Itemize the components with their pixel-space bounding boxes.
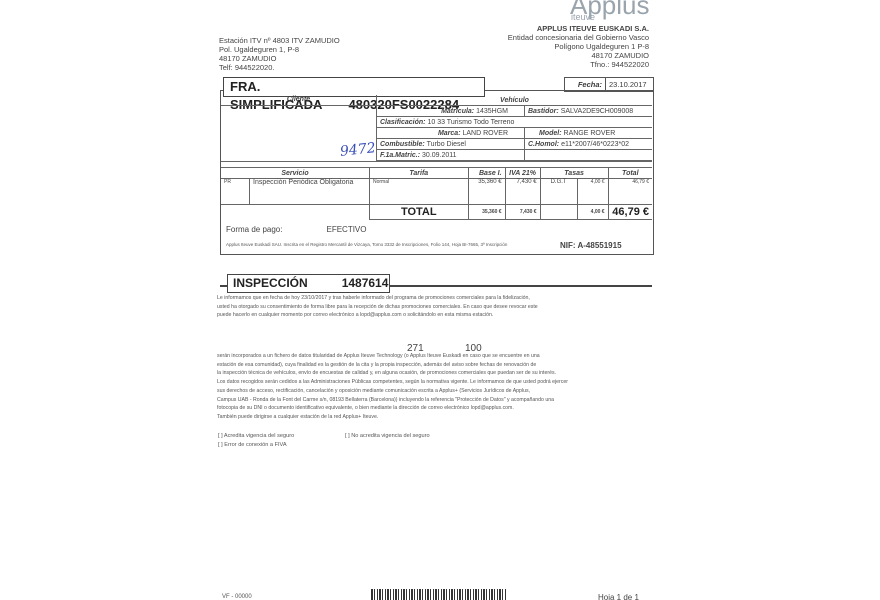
- service-code: PR: [221, 179, 250, 205]
- company-line: 48170 ZAMUDIO: [470, 51, 649, 60]
- service-iva: 7,430 €: [505, 179, 540, 205]
- station-line: Pol. Ugaldeguren 1, P-8: [219, 45, 340, 54]
- data-protection-paragraph: serán incorporados a un fichero de datos…: [217, 352, 637, 422]
- invoice-title: FRA. SIMPLIFICADA480320FS0022284: [223, 77, 485, 97]
- marca-value: LAND ROVER: [462, 130, 508, 137]
- pago-value: EFECTIVO: [326, 225, 366, 234]
- legal-text: Applus Iteuve Euskadi SAU. Inscrita en e…: [226, 242, 507, 247]
- service-tasa-name: D.G.T: [540, 179, 577, 205]
- fmatric-label: F.1a.Matric.:: [380, 152, 420, 159]
- total-tasa: 4,00 €: [577, 205, 608, 220]
- company-line: Entidad concesionaria del Gobierno Vasco: [470, 33, 649, 42]
- fecha-box: Fecha:23.10.2017: [564, 77, 654, 92]
- service-tarifa: Normal: [370, 179, 469, 205]
- divider: [221, 161, 652, 162]
- vehiculo-header: Vehículo: [377, 95, 653, 106]
- vehicle-table: Vehículo Matrícula: 1435HGM Bastidor: SA…: [376, 95, 652, 161]
- inspection-label: INSPECCIÓN: [233, 276, 308, 290]
- company-line: Polígono Ugaldeguren 1 P-8: [470, 42, 649, 51]
- col-tarifa: Tarifa: [370, 168, 469, 179]
- inspection-title: INSPECCIÓN1487614: [227, 274, 390, 293]
- total-base: 35,360 €: [468, 205, 505, 220]
- bastidor-value: SALVA2DE9CH009008: [561, 108, 634, 115]
- payment-method: Forma de pago:EFECTIVO: [226, 225, 367, 234]
- inspection-number: 1487614: [342, 276, 389, 290]
- clasificacion-value: 10 33 Turismo Todo Terreno: [427, 119, 514, 126]
- service-tasa: 4,00 €: [577, 179, 608, 205]
- paragraph-line: serán incorporados a un fichero de datos…: [217, 352, 637, 361]
- matricula-value: 1435HGM: [476, 108, 508, 115]
- total-amount: 46,79 €: [608, 205, 652, 220]
- col-tasas: Tasas: [540, 168, 608, 179]
- col-base: Base I.: [468, 168, 505, 179]
- col-total: Total: [608, 168, 652, 179]
- services-table: Servicio Tarifa Base I. IVA 21% Tasas To…: [221, 167, 652, 220]
- paragraph-line: estación de esa comunidad), cuya finalid…: [217, 361, 637, 370]
- paragraph-line: sus derechos de acceso, rectificación, c…: [217, 387, 637, 396]
- modelo-value: RANGE ROVER: [564, 130, 616, 137]
- paragraph-line: puede hacerlo en cualquier momento por c…: [217, 311, 637, 320]
- paragraph-line: usted ha otorgado su consentimiento de f…: [217, 303, 637, 312]
- fmatric-value: 30.09.2011: [422, 152, 457, 159]
- table-row: PR Inspección Periódica Obligatoria Norm…: [221, 179, 652, 205]
- matricula-label: Matrícula:: [441, 108, 474, 115]
- station-line: 48170 ZAMUDIO: [219, 54, 340, 63]
- bastidor-label: Bastidor:: [528, 108, 559, 115]
- station-line: Telf: 944522020.: [219, 63, 340, 72]
- marca-label: Marca:: [438, 130, 461, 137]
- total-iva: 7,430 €: [505, 205, 540, 220]
- col-servicio: Servicio: [221, 168, 370, 179]
- nif: NIF: A-48551915: [560, 241, 622, 250]
- service-base: 35,360 €: [468, 179, 505, 205]
- service-total: 46,79 €: [608, 179, 652, 205]
- total-label: TOTAL: [370, 205, 469, 220]
- checkbox-insurance-invalid: [ ] No acredita vigencia del seguro: [345, 433, 430, 439]
- combustible-value: Turbo Diesel: [427, 141, 466, 148]
- paragraph-line: la inspección técnica de vehículos, enví…: [217, 369, 637, 378]
- company-address: APPLUS ITEUVE EUSKADI S.A. Entidad conce…: [470, 24, 649, 69]
- barcode: [371, 589, 506, 600]
- clasificacion-label: Clasificación:: [380, 119, 426, 126]
- paragraph-line: Le informamos que en fecha de hoy 23/10/…: [217, 294, 637, 303]
- station-line: Estación ITV nº 4803 ITV ZAMUDIO: [219, 36, 340, 45]
- page-indicator: Hoja 1 de 1: [598, 593, 639, 600]
- chomol-value: e11*2007/46*0223*02: [561, 141, 629, 148]
- chomol-label: C.Homol:: [528, 141, 559, 148]
- pago-label: Forma de pago:: [226, 225, 282, 234]
- company-name: APPLUS ITEUVE EUSKADI S.A.: [470, 24, 649, 33]
- checkbox-insurance-valid: [ ] Acredita vigencia del seguro: [218, 433, 294, 439]
- fecha-value: 23.10.2017: [606, 80, 647, 89]
- company-line: Tfno.: 944522020: [470, 60, 649, 69]
- paragraph-line: Campus UAB - Ronda de la Font del Carme …: [217, 396, 637, 405]
- footer-code: VF - 00000: [222, 594, 252, 600]
- paragraph-line: fotocopia de su DNI o documento identifi…: [217, 404, 637, 413]
- fecha-label: Fecha:: [565, 78, 606, 91]
- paragraph-line: También puede dirigirse a cualquier esta…: [217, 413, 637, 422]
- applus-logo-sub: iteuve: [571, 12, 595, 22]
- paragraph-line: Los datos recogidos serán cedidos a las …: [217, 378, 637, 387]
- cliente-header: Cliente: [221, 95, 376, 105]
- consent-paragraph: Le informamos que en fecha de hoy 23/10/…: [217, 294, 637, 320]
- combustible-label: Combustible:: [380, 141, 425, 148]
- service-name: Inspección Periódica Obligatoria: [250, 179, 370, 205]
- checkbox-fiva-error: [ ] Error de conexión a FIVA: [218, 442, 287, 448]
- modelo-label: Model:: [539, 130, 562, 137]
- station-address: Estación ITV nº 4803 ITV ZAMUDIO Pol. Ug…: [219, 36, 340, 72]
- col-iva: IVA 21%: [505, 168, 540, 179]
